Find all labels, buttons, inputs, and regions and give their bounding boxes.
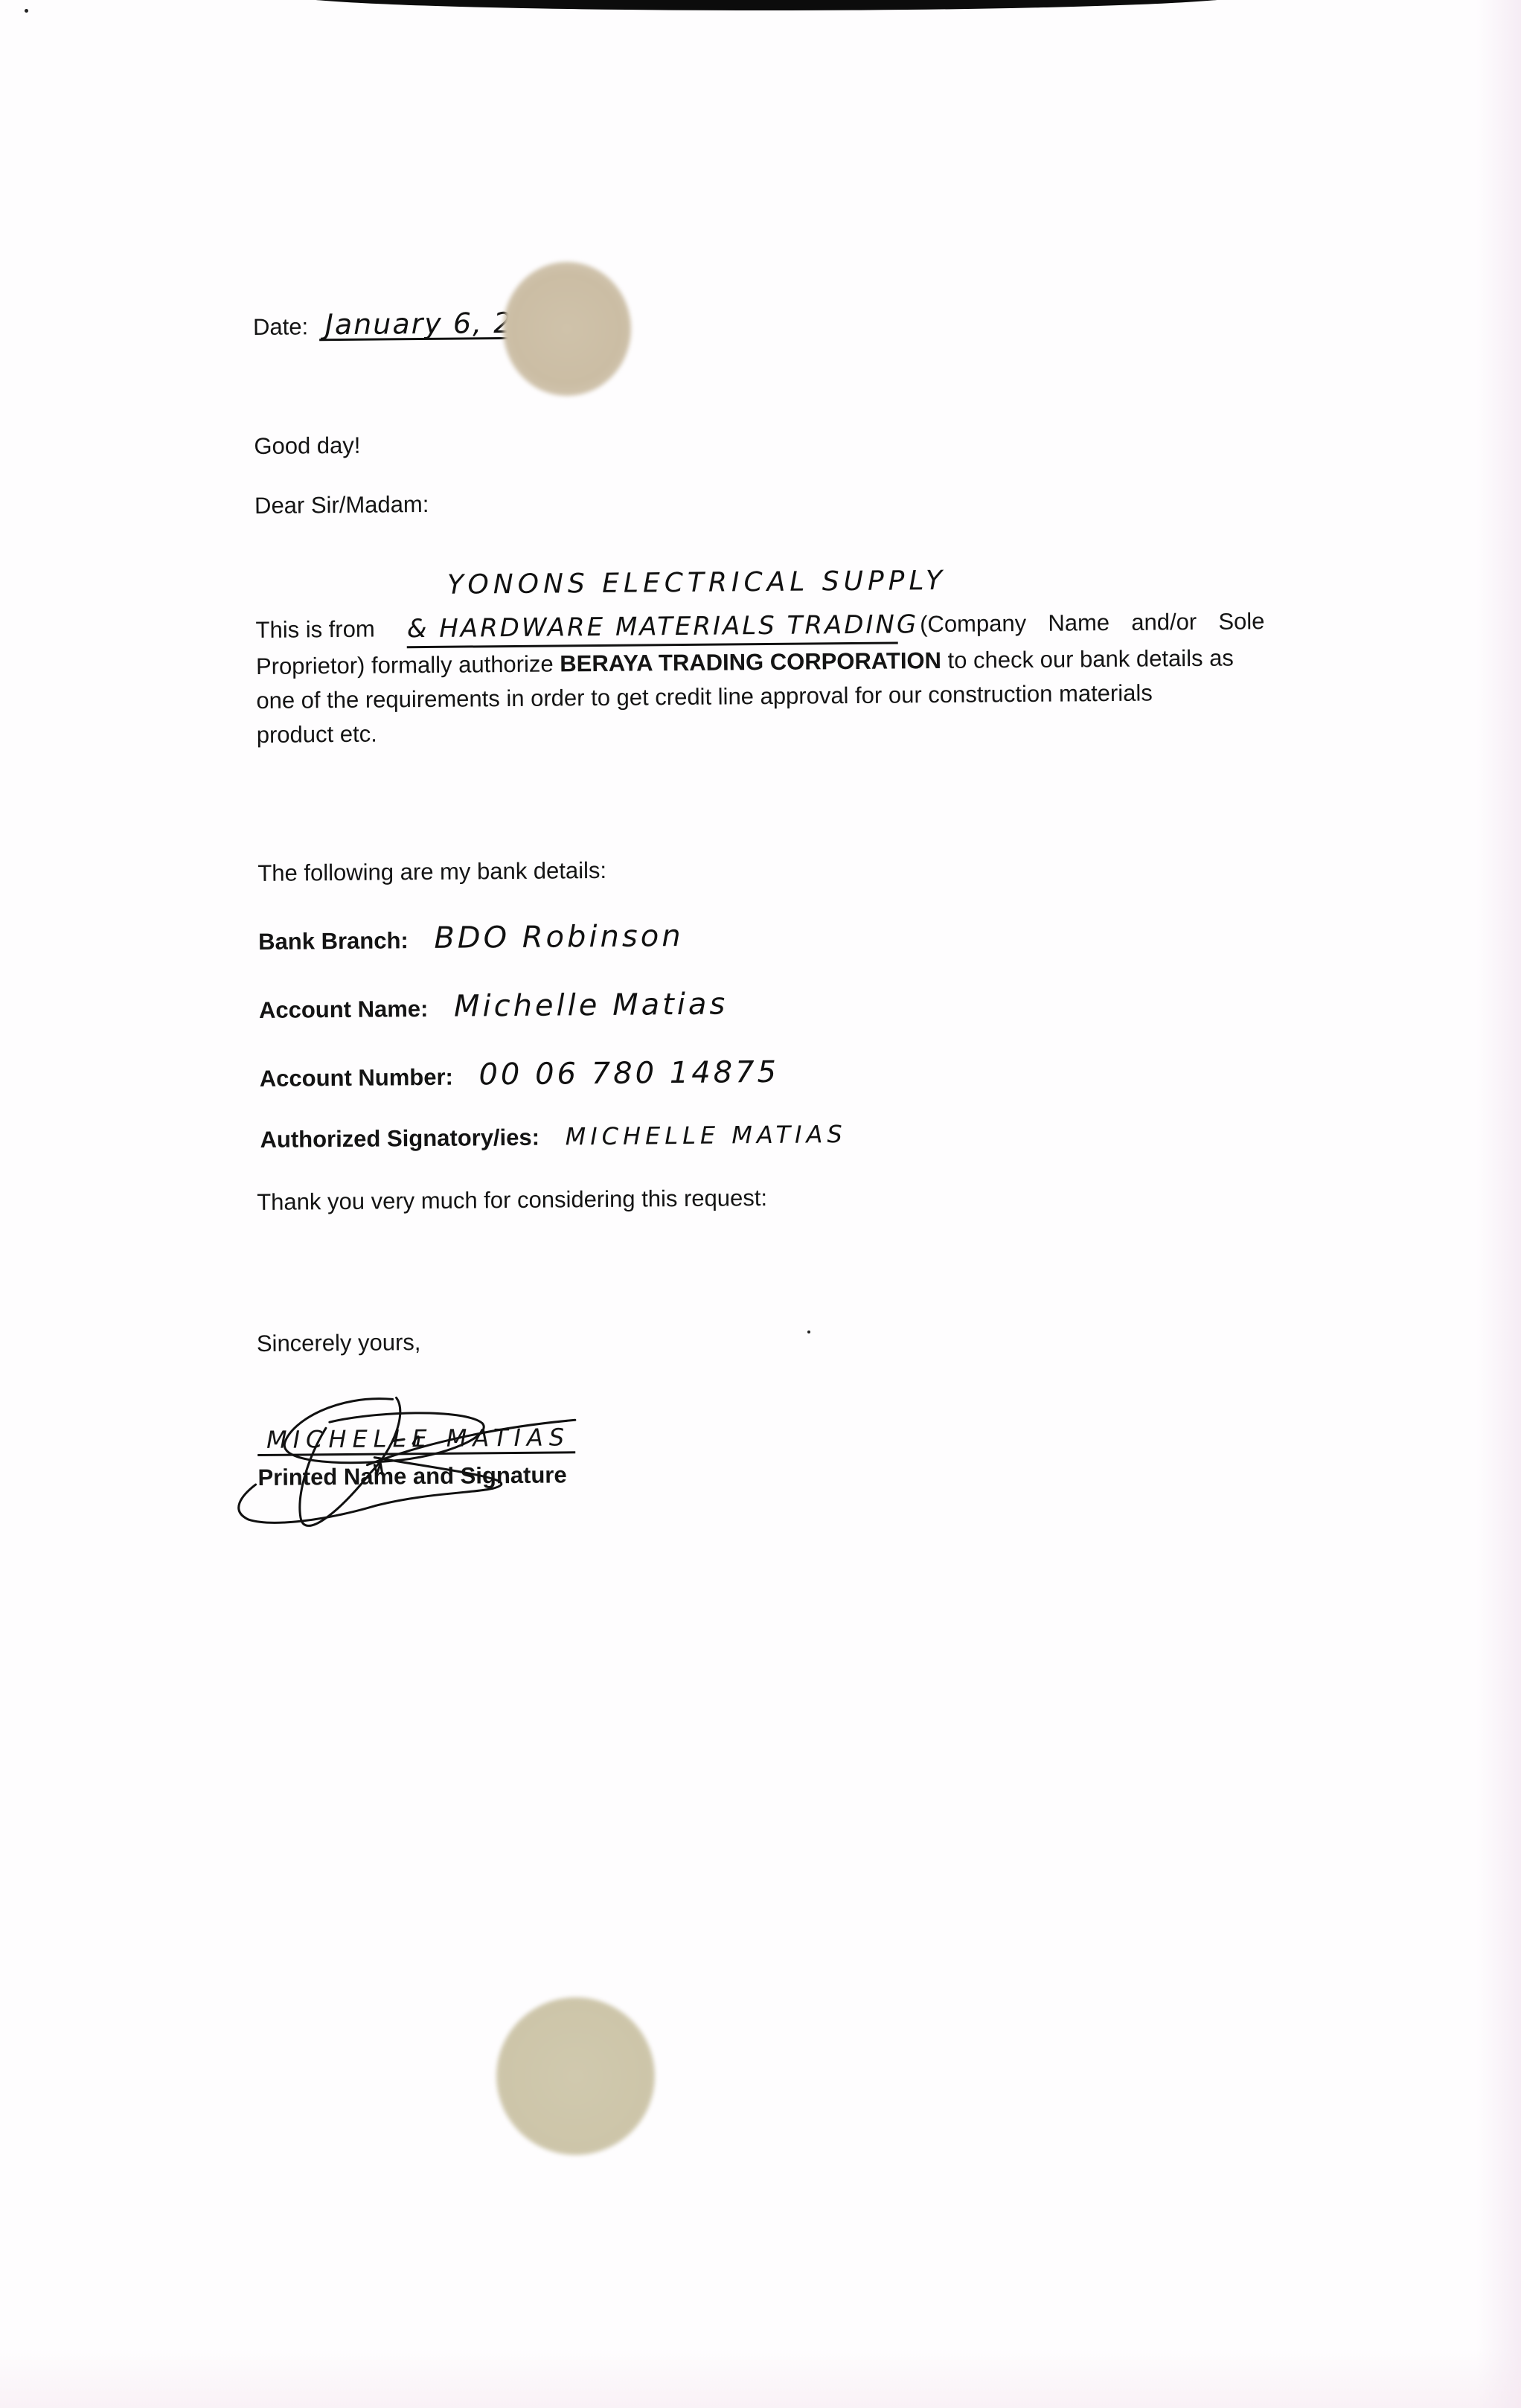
adhesive-sticker-bottom bbox=[496, 1997, 655, 2155]
authorized-company-name: BERAYA TRADING CORPORATION bbox=[560, 647, 941, 676]
paragraph-text: to check our bank details as bbox=[941, 645, 1234, 673]
account-name-field: Account Name: Michelle Matias bbox=[259, 987, 729, 1025]
account-name-value: Michelle Matias bbox=[454, 987, 729, 1023]
date-label: Date: bbox=[253, 313, 308, 340]
authorized-signatory-label: Authorized Signatory/ies: bbox=[260, 1124, 539, 1153]
paragraph-word: Sole bbox=[1218, 604, 1264, 641]
authorized-signatory-field: Authorized Signatory/ies: MICHELLE MATIA… bbox=[260, 1120, 846, 1153]
thanks-line: Thank you very much for considering this… bbox=[257, 1186, 767, 1214]
letter-document: Date: January 6, 2026 Good day! Dear Sir… bbox=[0, 0, 1521, 2408]
company-name-handwritten-line1: YONONS ELECTRICAL SUPPLY bbox=[447, 566, 947, 601]
salutation: Dear Sir/Madam: bbox=[254, 493, 429, 517]
closing: Sincerely yours, bbox=[257, 1331, 421, 1355]
greeting: Good day! bbox=[254, 434, 360, 458]
paragraph-prefix: This is from bbox=[255, 612, 375, 650]
bank-branch-label: Bank Branch: bbox=[258, 927, 409, 955]
authorized-signatory-value: MICHELLE MATIAS bbox=[565, 1120, 846, 1150]
paragraph-word: and/or bbox=[1131, 605, 1197, 642]
account-number-value: 00 06 780 14875 bbox=[478, 1055, 779, 1092]
bank-branch-field: Bank Branch: BDO Robinson bbox=[258, 919, 684, 957]
account-number-field: Account Number: 00 06 780 14875 bbox=[260, 1055, 780, 1094]
signature-scribble bbox=[225, 1351, 613, 1534]
paragraph-word: Name bbox=[1048, 606, 1109, 643]
adhesive-sticker-top bbox=[503, 262, 631, 396]
paragraph-text: Proprietor) formally authorize bbox=[256, 650, 560, 679]
company-name-handwritten-line2: & HARDWARE MATERIALS TRADING bbox=[407, 607, 898, 648]
paragraph-word: (Company bbox=[920, 606, 1026, 644]
bank-branch-value: BDO Robinson bbox=[434, 919, 684, 955]
bank-details-intro: The following are my bank details: bbox=[257, 859, 606, 885]
authorization-paragraph: This is from & HARDWARE MATERIALS TRADIN… bbox=[255, 604, 1266, 752]
account-number-label: Account Number: bbox=[260, 1064, 453, 1092]
account-name-label: Account Name: bbox=[259, 996, 429, 1023]
